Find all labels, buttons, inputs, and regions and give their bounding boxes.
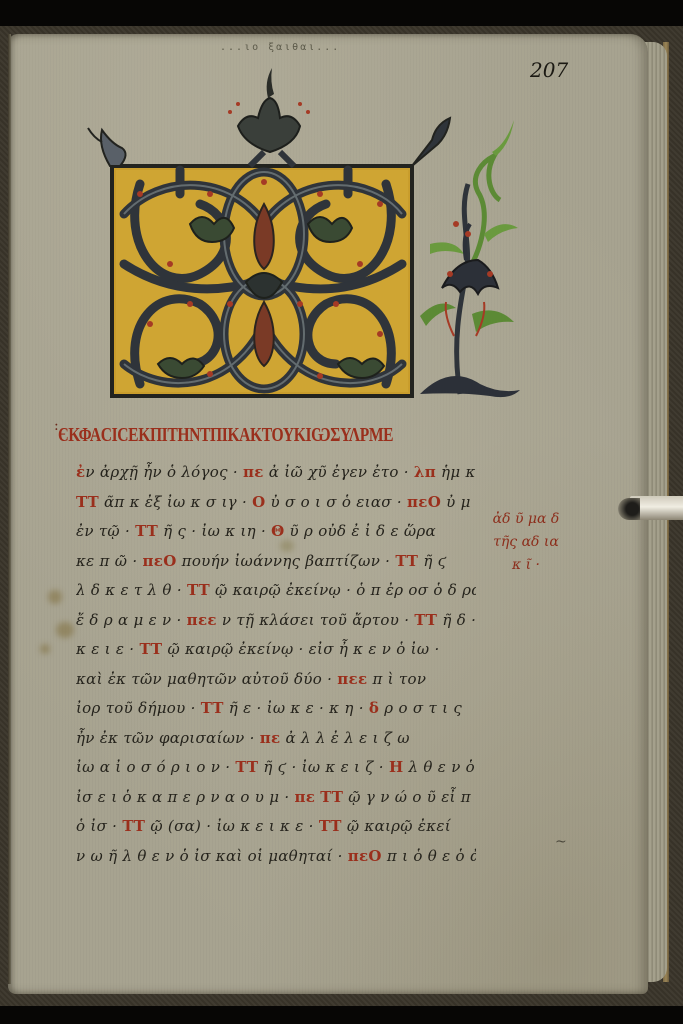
text-segment: καὶ ἐκ τῶν μαθητῶν αὐτοῦ δύο ·	[76, 670, 337, 688]
text-line: ν ω ῆ λ θ ε ν ὁ ἰσ καὶ οἱ μαθηταί · πεΟ …	[76, 842, 476, 872]
text-segment: ν ἀρχῇ ἦν ὁ λόγος ·	[85, 463, 243, 481]
rubric-initial: πεΟ	[348, 847, 382, 865]
marginal-note-line: τῆς αδ ια	[476, 531, 576, 554]
rubric-initial: ΤΤ	[414, 611, 437, 629]
text-segment: ῷ καιρῷ ἐκείνῳ · εἰσ ἦ κ ε ν ὁ ἰω ·	[162, 640, 439, 658]
rubric-initial: πε	[243, 463, 264, 481]
text-line: ΤΤ ᾶπ κ ἐξ ἰω κ σ ιγ · Ο ὐ σ ο ι σ ὁ εια…	[76, 488, 476, 518]
text-segment: ἀ λ λ ἐ λ ε ι ζ ω	[280, 729, 409, 747]
folio-number: 207	[530, 58, 568, 82]
rubric-initial: πεΟ	[407, 493, 441, 511]
text-line: ἦν ἐκ τῶν φαρισαίων · πε ἀ λ λ ἐ λ ε ι ζ…	[76, 724, 476, 754]
text-segment: λ θ ε ν ὁ	[403, 758, 475, 776]
ornamental-headpiece-icon	[80, 64, 530, 409]
rubric-initial: Θ	[271, 522, 284, 540]
text-segment: ἰορ τοῦ δήμου ·	[76, 699, 201, 717]
margin-mark: ~	[555, 834, 567, 850]
text-line: ἐν τῷ · ΤΤ ῆ ς · ἰω κ ιη · Θ ῦ ρ οὐδ ἐ ἰ…	[76, 517, 476, 547]
text-segment: ἰω α ἰ ο σ ό ρ ι ο ν ·	[76, 758, 235, 776]
text-segment: λ δ κ ε τ λ θ ·	[76, 581, 187, 599]
text-segment: ὐ μ ἠ π	[441, 493, 476, 511]
rubric-initial: ΤΤ	[76, 493, 99, 511]
text-segment: ἡμ κτ πασ	[436, 463, 476, 481]
rubric-initial: ΤΤ	[187, 581, 210, 599]
text-segment: ὐ σ ο ι σ ὁ ειασ ·	[265, 493, 407, 511]
rubric-initial: πεε	[187, 611, 217, 629]
gutter	[8, 34, 11, 984]
text-line: ἰσ ε ι ὁ κ α π ε ρ ν α ο υ μ · πε ΤΤ ῷ γ…	[76, 783, 476, 813]
marginal-note-line: ἀδ ῦ μα δ	[476, 508, 576, 531]
rubric-initial: λπ	[414, 463, 436, 481]
rubric-initial: ΤΤ	[235, 758, 258, 776]
text-segment: ῆ ϛ	[418, 552, 446, 570]
stain	[48, 590, 62, 604]
text-segment: ῷ καιρῷ ἐκεί	[342, 817, 451, 835]
clasp-knob	[618, 498, 640, 520]
text-line: ἔ δ ρ α μ ε ν · πεε ν τῇ κλάσει τοῦ ἄρτο…	[76, 606, 476, 636]
rubric-initial: πεε	[337, 670, 367, 688]
rubric-initial: πε	[260, 729, 281, 747]
text-segment: π ὶ τον	[367, 670, 426, 688]
rubric-initial: πεΟ	[143, 552, 177, 570]
text-segment: ῦ ρ οὐδ ἐ ἰ δ ε ὥρα	[284, 522, 435, 540]
text-segment: ῆ ε · ἰω κ ε · κ η ·	[224, 699, 369, 717]
stain	[56, 622, 74, 638]
rubric-initial: Η	[389, 758, 403, 776]
text-line: κε π ῶ · πεΟ πουήν ἰωάννης βαπτίζων · ΤΤ…	[76, 547, 476, 577]
manuscript-viewer: ...ιο ξαιθαι... 207	[0, 0, 683, 1024]
text-segment: ῆ δ · ἰω	[437, 611, 476, 629]
text-segment: ἰσ ε ι ὁ κ α π ε ρ ν α ο υ μ ·	[76, 788, 295, 806]
text-segment: ν ω ῆ λ θ ε ν ὁ ἰσ καὶ οἱ μαθηταί ·	[76, 847, 348, 865]
text-segment: ἔ δ ρ α μ ε ν ·	[76, 611, 187, 629]
text-line: ἰορ τοῦ δήμου · ΤΤ ῆ ε · ἰω κ ε · κ η · …	[76, 694, 476, 724]
rubric-initial: δ	[369, 699, 379, 717]
stain	[40, 644, 50, 654]
text-segment: πουήν ἰωάννης βαπτίζων ·	[177, 552, 396, 570]
text-segment: ἐν τῷ ·	[76, 522, 135, 540]
text-line: λ δ κ ε τ λ θ · ΤΤ ῷ καιρῷ ἐκείνῳ · ὁ π …	[76, 576, 476, 606]
rubric-initial: ΤΤ	[319, 817, 342, 835]
rubric-initial: ἐ	[76, 463, 85, 481]
rubric-initial: ΤΤ	[320, 788, 343, 806]
marginal-note: ἀδ ῦ μα δ τῆς αδ ια κ ῖ ·	[476, 508, 576, 577]
text-segment: ἀ ἰῶ χῦ ἐγεν ἐτο ·	[264, 463, 414, 481]
top-margin-note: ...ιο ξαιθαι...	[220, 42, 340, 53]
text-segment: ρ ο σ τ ι ς	[379, 699, 462, 717]
rubric-initial: ΤΤ	[395, 552, 418, 570]
text-line: καὶ ἐκ τῶν μαθητῶν αὐτοῦ δύο · πεε π ὶ τ…	[76, 665, 476, 695]
rubric-initial: ΤΤ	[135, 522, 158, 540]
rubric-initial: ΤΤ	[201, 699, 224, 717]
text-segment: ν τῇ κλάσει τοῦ ἄρτου ·	[217, 611, 415, 629]
text-segment: ῆ ς · ἰω κ ιη ·	[158, 522, 271, 540]
text-segment: ῆ ϛ · ἰω κ ε ι ζ ·	[258, 758, 389, 776]
rubric-initial: πε	[295, 788, 316, 806]
rubric-initial: ΤΤ	[122, 817, 145, 835]
text-segment: ἦν ἐκ τῶν φαρισαίων ·	[76, 729, 260, 747]
text-line: κ ε ι ε · ΤΤ ῷ καιρῷ ἐκείνῳ · εἰσ ἦ κ ε …	[76, 635, 476, 665]
text-segment: ῷ καιρῷ ἐκείνῳ · ὁ π ἐρ οσ ὁ δ ρα μ ας	[210, 581, 476, 599]
text-segment: ῷ (σα) · ἰω κ ε ι κ ε ·	[145, 817, 319, 835]
rubric-initial: Ο	[252, 493, 265, 511]
text-line: ἰω α ἰ ο σ ό ρ ι ο ν · ΤΤ ῆ ϛ · ἰω κ ε ι…	[76, 753, 476, 783]
text-segment: ὁ ἰσ ·	[76, 817, 122, 835]
text-segment: ᾶπ κ ἐξ ἰω κ σ ιγ ·	[99, 493, 252, 511]
text-block: ἐν ἀρχῇ ἦν ὁ λόγος · πε ἀ ἰῶ χῦ ἐγεν ἐτο…	[76, 458, 476, 871]
text-segment: κ ε ι ε ·	[76, 640, 139, 658]
marginal-note-line: κ ῖ ·	[476, 554, 576, 577]
text-segment: π ι ὁ θ ε ὁ ἀ λ η	[382, 847, 476, 865]
rubric-initial: ΤΤ	[139, 640, 162, 658]
text-line: ὁ ἰσ · ΤΤ ῷ (σα) · ἰω κ ε ι κ ε · ΤΤ ῷ κ…	[76, 812, 476, 842]
text-segment: ῷ γ ν ώ ο ῦ εἶ π ε ν	[343, 788, 476, 806]
clasp-icon	[618, 493, 683, 523]
rubric-title: ЄΚΦΑСΙСΕΚΠΙΤΗΝΤΠΙΚΑΚΤΟΥΚΙѠΣΥΛΡΜΕ	[58, 424, 393, 447]
text-segment: κε π ῶ ·	[76, 552, 143, 570]
text-line: ἐν ἀρχῇ ἦν ὁ λόγος · πε ἀ ἰῶ χῦ ἐγεν ἐτο…	[76, 458, 476, 488]
